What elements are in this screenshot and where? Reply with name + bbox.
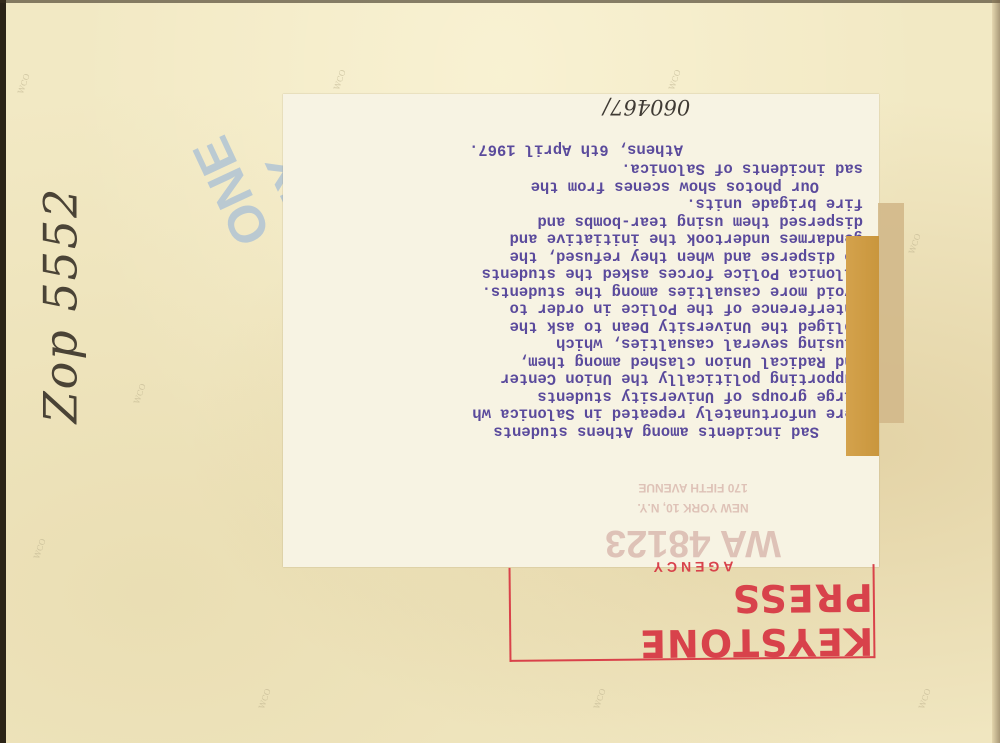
scan-edge-top [0,0,1000,3]
caption-line: supporting politically the Union Center [303,370,863,388]
caption-line: dispersed them using tear-bombs and [303,212,863,230]
caption-line: to disperse and when they refused, the [303,247,863,265]
caption-line: gendarmes undertook the initiative and [303,230,863,248]
stamp-title: KEYSTONE PRESS [511,575,874,667]
handwritten-reference-number: 060467/ [603,95,690,119]
caption-line: fire brigade units. [303,195,863,213]
caption-line: avoid more casualties among the students… [303,282,863,300]
caption-line: Sad incidents among Athens students [303,422,863,440]
typed-caption: Sad incidents among Athens students were… [303,140,863,440]
adhesive-tape-strip [846,236,879,456]
caption-line: causing several casualties, which [303,335,863,353]
scan-edge-right [992,0,1000,743]
caption-line: and Radical Union clashed among them, [303,352,863,370]
caption-line: large groups of University students [303,387,863,405]
caption-line: Salonica Police forces asked the student… [303,265,863,283]
adhesive-tape-strip [878,203,904,423]
caption-line: obliged the University Dean to ask the [303,317,863,335]
caption-line: Our photos show scenes from the [303,177,863,195]
stamp-subtitle: AGENCY [649,559,733,576]
caption-line: sad incidents of Salonica. [303,160,863,178]
caption-line: were unfortunately repeated in Salonica … [303,405,863,423]
handwritten-catalog-number: Zop 5552 [30,190,90,420]
scan-edge-left [0,0,6,743]
keystone-press-stamp: AGENCY KEYSTONE PRESS [509,564,876,662]
caption-slip: WA 48123 NEW YORK 10, N.Y. 170 FIFTH AVE… [283,94,879,567]
caption-dateline: Athens, 6th April 1967. [303,140,863,158]
caption-line: interference of the Police in order to [303,300,863,318]
